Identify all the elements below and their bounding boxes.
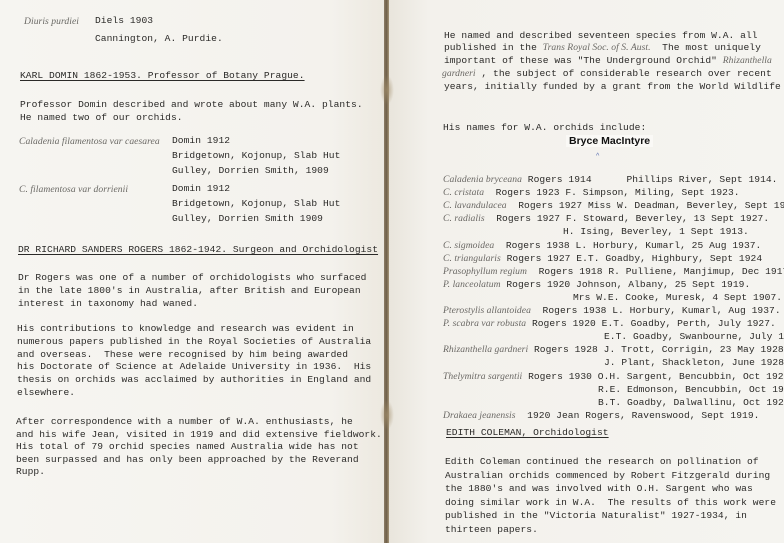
intro-line-2: published in the Trans Royal Soc. of S. … xyxy=(444,42,761,54)
intro-line-1: He named and described seventeen species… xyxy=(444,30,758,42)
species-name: P. scabra var robusta xyxy=(443,318,526,329)
species-detail-line: Bridgetown, Kojonup, Slab Hut xyxy=(172,150,340,162)
paragraph-line: in the late 1800's in Australia, after B… xyxy=(18,285,361,297)
orchid-record-detail: Rogers 1920 Johnson, Albany, 25 Sept 191… xyxy=(501,279,751,290)
species-name: C. triangularis xyxy=(443,253,501,264)
paragraph-line: and overseas. These were recognised by h… xyxy=(17,349,348,361)
handwritten-annotation-label: Bryce MacIntyre xyxy=(566,135,653,147)
species-author: Diels 1903 xyxy=(95,15,153,27)
orchid-list-heading: His names for W.A. orchids include: xyxy=(443,122,646,134)
species-epithet: gardneri xyxy=(442,68,476,79)
species-name: Pterostylis allantoidea xyxy=(443,305,531,316)
paragraph-line: published in the "Victoria Naturalist" 1… xyxy=(445,510,747,522)
paragraph-line: numerous papers published in the Royal S… xyxy=(17,336,371,348)
paragraph-line: Professor Domin described and wrote abou… xyxy=(20,99,363,111)
orchid-list-item: C. cristata Rogers 1923 F. Simpson, Mili… xyxy=(443,187,740,199)
orchid-record-detail: Rogers 1927 F. Stoward, Beverley, 13 Sep… xyxy=(485,213,770,224)
orchid-list-item: B.T. Goadby, Dalwallinu, Oct 1929. xyxy=(598,397,784,409)
orchid-list-item: H. Ising, Beverley, 1 Sept 1913. xyxy=(563,226,749,238)
orchid-list-item: Caladenia bryceana Rogers 1914 Phillips … xyxy=(443,174,778,186)
paragraph-line: His total of 79 orchid species named Aus… xyxy=(16,441,359,453)
orchid-record-detail: 1920 Jean Rogers, Ravenswood, Sept 1919. xyxy=(516,410,760,421)
orchid-list-item: Rhizanthella gardneri Rogers 1928 J. Tro… xyxy=(443,344,784,356)
paragraph-line: Edith Coleman continued the research on … xyxy=(445,456,759,468)
orchid-record-detail: H. Ising, Beverley, 1 Sept 1913. xyxy=(563,226,749,237)
paragraph-line: thirteen papers. xyxy=(445,524,538,536)
journal-name: Trans Royal Soc. of S. Aust. xyxy=(543,42,651,53)
species-name: Drakaea jeanensis xyxy=(443,410,516,421)
species-name: Diuris purdiei xyxy=(24,16,79,28)
spine-binding-fray xyxy=(380,400,394,430)
species-detail-line: Domin 1912 xyxy=(172,135,230,147)
orchid-list-item: Prasophyllum regium Rogers 1918 R. Pulli… xyxy=(443,266,784,278)
genus-name: Rhizanthella xyxy=(723,55,772,66)
insertion-caret-icon: ^ xyxy=(596,153,599,160)
orchid-list-item: Thelymitra sargentii Rogers 1930 O.H. Sa… xyxy=(443,371,784,383)
species-name: C. sigmoidea xyxy=(443,240,494,251)
orchid-list-item: J. Plant, Shackleton, June 1928. xyxy=(604,357,784,369)
spine-binding-fray xyxy=(380,75,394,105)
orchid-list-item: C. triangularis Rogers 1927 E.T. Goadby,… xyxy=(443,253,762,265)
paragraph-line: Dr Rogers was one of a number of orchido… xyxy=(18,272,366,284)
orchid-list-item: C. sigmoidea Rogers 1938 L. Horbury, Kum… xyxy=(443,240,761,252)
orchid-record-detail: Rogers 1918 R. Pulliene, Manjimup, Dec 1… xyxy=(527,266,784,277)
paragraph-line: interest in taxonomy had waned. xyxy=(18,298,198,310)
species-collector: Cannington, A. Purdie. xyxy=(95,33,223,45)
intro-line-5: years, initially funded by a grant from … xyxy=(444,81,784,93)
species-name: P. lanceolatum xyxy=(443,279,501,290)
paragraph-line: thesis on orchids was acclaimed by autho… xyxy=(17,374,371,386)
section-heading-coleman: EDITH COLEMAN, Orchidologist xyxy=(446,427,609,439)
species-name: Caladenia filamentosa var caesarea xyxy=(19,136,160,148)
orchid-list-item: P. lanceolatum Rogers 1920 Johnson, Alba… xyxy=(443,279,750,291)
paragraph-line: and his wife Jean, visited in 1919 and d… xyxy=(16,429,382,441)
orchid-list-item: C. radialis Rogers 1927 F. Stoward, Beve… xyxy=(443,213,769,225)
orchid-record-detail: E.T. Goadby, Swanbourne, July 1927. xyxy=(604,331,784,342)
orchid-list-item: E.T. Goadby, Swanbourne, July 1927. xyxy=(604,331,784,343)
paragraph-line: Australian orchids commenced by Robert F… xyxy=(445,470,770,482)
paragraph-line: Rupp. xyxy=(16,466,45,478)
species-name: Thelymitra sargentii xyxy=(443,371,522,382)
species-detail-line: Domin 1912 xyxy=(172,183,230,195)
orchid-record-detail: Rogers 1938 L. Horbury, Kumarl, Aug 1937… xyxy=(531,305,781,316)
paragraph-line: After correspondence with a number of W.… xyxy=(16,416,353,428)
paragraph-line: He named two of our orchids. xyxy=(20,112,183,124)
orchid-record-detail: Rogers 1914 Phillips River, Sept 1914. xyxy=(522,174,778,185)
paragraph-line: the 1880's and was involved with O.H. Sa… xyxy=(445,483,753,495)
species-name: C. radialis xyxy=(443,213,485,224)
species-name: C. filamentosa var dorrienii xyxy=(19,184,128,196)
orchid-list-item: C. lavandulacea Rogers 1927 Miss W. Dead… xyxy=(443,200,784,212)
orchid-record-detail: Rogers 1927 E.T. Goadby, Highbury, Sept … xyxy=(501,253,762,264)
species-name: Prasophyllum regium xyxy=(443,266,527,277)
orchid-record-detail: Rogers 1927 Miss W. Deadman, Beverley, S… xyxy=(507,200,784,211)
species-name: C. cristata xyxy=(443,187,484,198)
right-page: He named and described seventeen species… xyxy=(389,0,784,543)
section-heading-rogers: DR RICHARD SANDERS ROGERS 1862-1942. Sur… xyxy=(18,244,378,256)
orchid-list-item: P. scabra var robusta Rogers 1920 E.T. G… xyxy=(443,318,776,330)
species-name: C. lavandulacea xyxy=(443,200,507,211)
orchid-record-detail: Rogers 1930 O.H. Sargent, Bencubbin, Oct… xyxy=(522,371,784,382)
orchid-record-detail: Rogers 1938 L. Horbury, Kumarl, 25 Aug 1… xyxy=(494,240,761,251)
orchid-list-item: Mrs W.E. Cooke, Muresk, 4 Sept 1907. xyxy=(573,292,782,304)
species-detail-line: Gulley, Dorrien Smith 1909 xyxy=(172,213,323,225)
orchid-record-detail: Rogers 1928 J. Trott, Corrigin, 23 May 1… xyxy=(528,344,784,355)
intro-line-4: gardneri , the subject of considerable r… xyxy=(442,68,772,80)
orchid-list-item: Pterostylis allantoidea Rogers 1938 L. H… xyxy=(443,305,781,317)
species-detail-line: Gulley, Dorrien Smith, 1909 xyxy=(172,165,329,177)
intro-line-3: important of these was "The Underground … xyxy=(444,55,772,67)
orchid-list-item: Drakaea jeanensis 1920 Jean Rogers, Rave… xyxy=(443,410,759,422)
orchid-list-item: R.E. Edmonson, Bencubbin, Oct 1929. xyxy=(598,384,784,396)
left-page: Diuris purdiei Diels 1903 Cannington, A.… xyxy=(0,0,387,543)
orchid-record-detail: B.T. Goadby, Dalwallinu, Oct 1929. xyxy=(598,397,784,408)
paragraph-line: His contributions to knowledge and resea… xyxy=(17,323,354,335)
orchid-record-detail: Rogers 1923 F. Simpson, Miling, Sept 192… xyxy=(484,187,740,198)
paragraph-line: his Doctorate of Science at Adelaide Uni… xyxy=(17,361,371,373)
species-detail-line: Bridgetown, Kojonup, Slab Hut xyxy=(172,198,340,210)
orchid-record-detail: Mrs W.E. Cooke, Muresk, 4 Sept 1907. xyxy=(573,292,782,303)
orchid-record-detail: Rogers 1920 E.T. Goadby, Perth, July 192… xyxy=(526,318,776,329)
species-name: Rhizanthella gardneri xyxy=(443,344,528,355)
species-name: Caladenia bryceana xyxy=(443,174,522,185)
paragraph-line: elsewhere. xyxy=(17,387,75,399)
orchid-record-detail: J. Plant, Shackleton, June 1928. xyxy=(604,357,784,368)
paragraph-line: been surpassed and has only been approac… xyxy=(16,454,359,466)
orchid-record-detail: R.E. Edmonson, Bencubbin, Oct 1929. xyxy=(598,384,784,395)
paragraph-line: doing similar work in W.A. The results o… xyxy=(445,497,776,509)
section-heading-domin: KARL DOMIN 1862-1953. Professor of Botan… xyxy=(20,70,305,82)
